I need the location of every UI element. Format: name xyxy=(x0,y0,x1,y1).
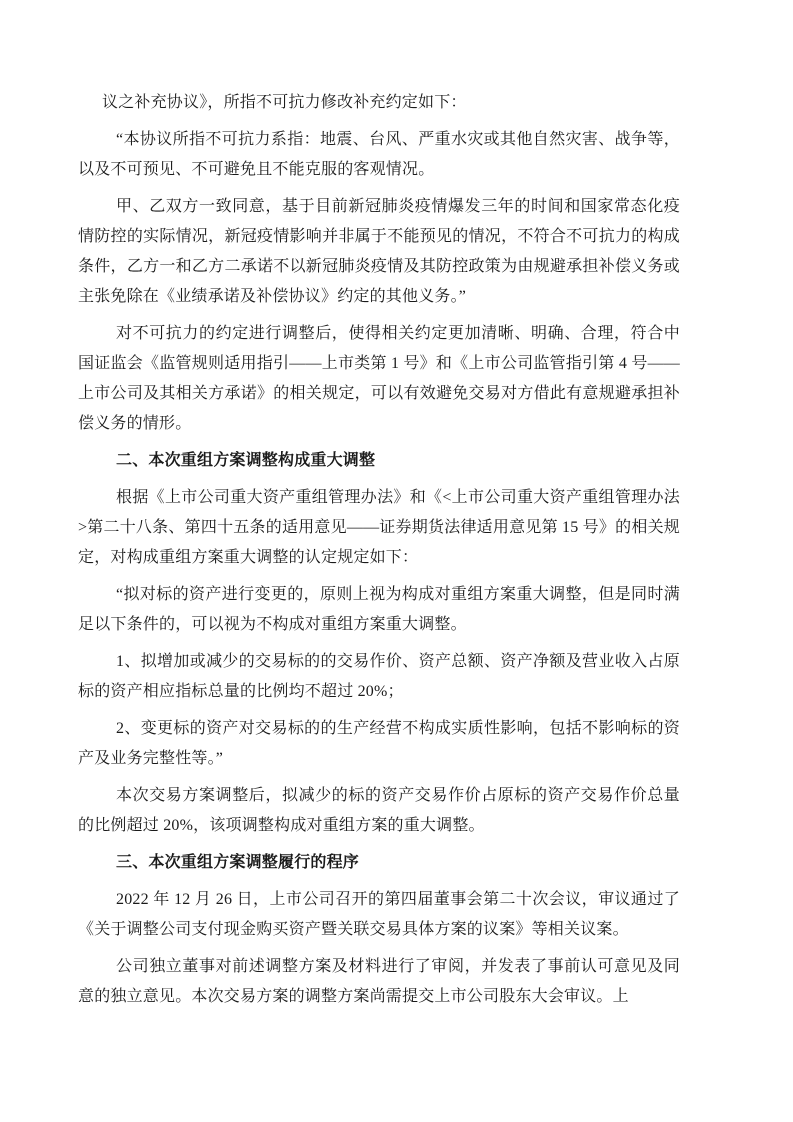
paragraph: 甲、乙双方一致同意，基于目前新冠肺炎疫情爆发三年的时间和国家常态化疫情防控的实际… xyxy=(78,192,680,312)
paragraph: 根据《上市公司重大资产重组管理办法》和《<上市公司重大资产重组管理办法>第二十八… xyxy=(78,483,680,573)
section-heading: 二、本次重组方案调整构成重大调整 xyxy=(78,446,680,476)
document-page: 议之补充协议》，所指不可抗力修改补充约定如下：“本协议所指不可抗力系指：地震、台… xyxy=(0,0,793,1122)
paragraph: 1、拟增加或减少的交易标的的交易作价、资产总额、资产净额及营业收入占原标的资产相… xyxy=(78,647,680,707)
paragraph: 公司独立董事对前述调整方案及材料进行了审阅，并发表了事前认可意见及同意的独立意见… xyxy=(78,952,680,1012)
paragraph: 2、变更标的资产对交易标的的生产经营不构成实质性影响，包括不影响标的资产及业务完… xyxy=(78,714,680,774)
paragraph: 对不可抗力的约定进行调整后，使得相关约定更加清晰、明确、合理，符合中国证监会《监… xyxy=(78,319,680,439)
paragraph: 议之补充协议》，所指不可抗力修改补充约定如下： xyxy=(78,88,680,118)
paragraph: 本次交易方案调整后，拟减少的标的资产交易作价占原标的资产交易作价总量的比例超过 … xyxy=(78,781,680,841)
paragraph: “本协议所指不可抗力系指：地震、台风、严重水灾或其他自然灾害、战争等，以及不可预… xyxy=(78,125,680,185)
paragraph: “拟对标的资产进行变更的，原则上视为构成对重组方案重大调整，但是同时满足以下条件… xyxy=(78,580,680,640)
paragraph: 2022 年 12 月 26 日，上市公司召开的第四届董事会第二十次会议，审议通… xyxy=(78,885,680,945)
document-text-block: 议之补充协议》，所指不可抗力修改补充约定如下：“本协议所指不可抗力系指：地震、台… xyxy=(78,88,680,1012)
section-heading: 三、本次重组方案调整履行的程序 xyxy=(78,848,680,878)
